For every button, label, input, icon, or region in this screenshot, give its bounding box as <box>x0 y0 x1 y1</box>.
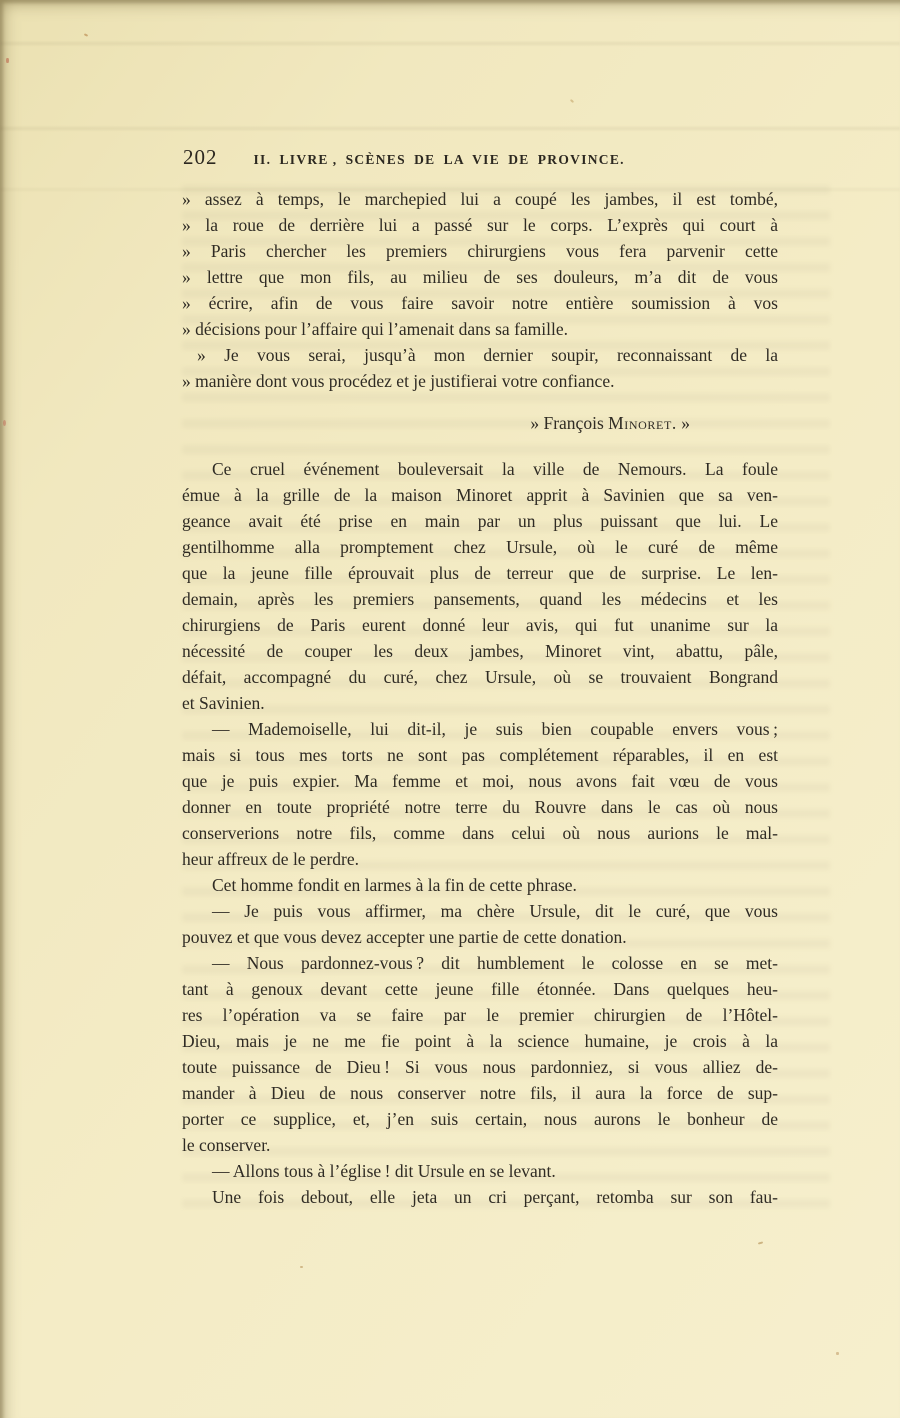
text-block: » assez à temps, le marchepied lui a cou… <box>182 186 778 1210</box>
signature-name: Minoret. <box>608 413 677 433</box>
text-line: Une fois debout, elle jeta un cri perçan… <box>182 1184 778 1210</box>
text-line: » manière dont vous procédez et je justi… <box>182 368 778 394</box>
text-line: gentilhomme alla promptement chez Ursule… <box>182 534 778 560</box>
paper-speck <box>836 1352 839 1355</box>
paper-speck <box>3 420 6 426</box>
text-line: Ce cruel événement bouleversait la ville… <box>182 456 778 482</box>
running-title: II. LIVRE , SCÈNES DE LA VIE DE PROVINCE… <box>254 152 625 168</box>
text-line: » assez à temps, le marchepied lui a cou… <box>182 186 778 212</box>
text-line: que la jeune fille éprouvait plus de ter… <box>182 560 778 586</box>
text-line: émue à la grille de la maison Minoret ap… <box>182 482 778 508</box>
text-line: geance avait été prise en main par un pl… <box>182 508 778 534</box>
text-line: » Paris chercher les premiers chirurgien… <box>182 238 778 264</box>
body-block: Ce cruel événement bouleversait la ville… <box>182 456 778 1210</box>
text-line: tant à genoux devant cette jeune fille é… <box>182 976 778 1002</box>
text-line: Dieu, mais je ne me fie point à la scien… <box>182 1028 778 1054</box>
text-line: défait, accompagné du curé, chez Ursule,… <box>182 664 778 690</box>
text-line: » la roue de derrière lui a passé sur le… <box>182 212 778 238</box>
text-line: donner en toute propriété notre terre du… <box>182 794 778 820</box>
text-line: — Nous pardonnez-vous ? dit humblement l… <box>182 950 778 976</box>
text-line: » Je vous serai, jusqu’à mon dernier sou… <box>182 342 778 368</box>
text-line: mais si tous mes torts ne sont pas compl… <box>182 742 778 768</box>
page-header: 202 II. LIVRE , SCÈNES DE LA VIE DE PROV… <box>183 145 779 170</box>
paper-speck <box>570 99 574 103</box>
text-line: le conserver. <box>182 1132 778 1158</box>
signature-suffix: » <box>677 413 690 433</box>
signature-line: » François Minoret. » <box>182 410 778 436</box>
signature-prefix: » François <box>530 413 608 433</box>
text-line: demain, après les premiers pansements, q… <box>182 586 778 612</box>
paper-speck <box>6 58 9 63</box>
text-line: conserverions notre fils, comme dans cel… <box>182 820 778 846</box>
text-line: — Allons tous à l’église ! dit Ursule en… <box>182 1158 778 1184</box>
text-line: — Mademoiselle, lui dit-il, je suis bien… <box>182 716 778 742</box>
paper-crease <box>0 127 900 130</box>
text-line: et Savinien. <box>182 690 778 716</box>
text-line: — Je puis vous affirmer, ma chère Ursule… <box>182 898 778 924</box>
paper-speck <box>300 1266 303 1268</box>
book-page: 202 II. LIVRE , SCÈNES DE LA VIE DE PROV… <box>0 0 900 1418</box>
text-line: que je puis expier. Ma femme et moi, nou… <box>182 768 778 794</box>
text-line: porter ce supplice, et, j’en suis certai… <box>182 1106 778 1132</box>
page-number: 202 <box>183 145 218 170</box>
text-line: » décisions pour l’affaire qui l’amenait… <box>182 316 778 342</box>
text-line: heur affreux de le perdre. <box>182 846 778 872</box>
letter-block: » assez à temps, le marchepied lui a cou… <box>182 186 778 394</box>
text-line: res l’opération va se faire par le premi… <box>182 1002 778 1028</box>
text-line: » écrire, afin de vous faire savoir notr… <box>182 290 778 316</box>
text-line: Cet homme fondit en larmes à la fin de c… <box>182 872 778 898</box>
text-line: » lettre que mon fils, au milieu de ses … <box>182 264 778 290</box>
text-line: nécessité de couper les deux jambes, Min… <box>182 638 778 664</box>
text-line: toute puissance de Dieu ! Si vous nous p… <box>182 1054 778 1080</box>
text-line: mander à Dieu de nous conserver notre fi… <box>182 1080 778 1106</box>
paper-speck <box>758 1241 763 1244</box>
paper-speck <box>84 33 88 37</box>
paper-crease <box>0 42 900 45</box>
text-line: pouvez et que vous devez accepter une pa… <box>182 924 778 950</box>
text-line: chirurgiens de Paris eurent donné leur a… <box>182 612 778 638</box>
